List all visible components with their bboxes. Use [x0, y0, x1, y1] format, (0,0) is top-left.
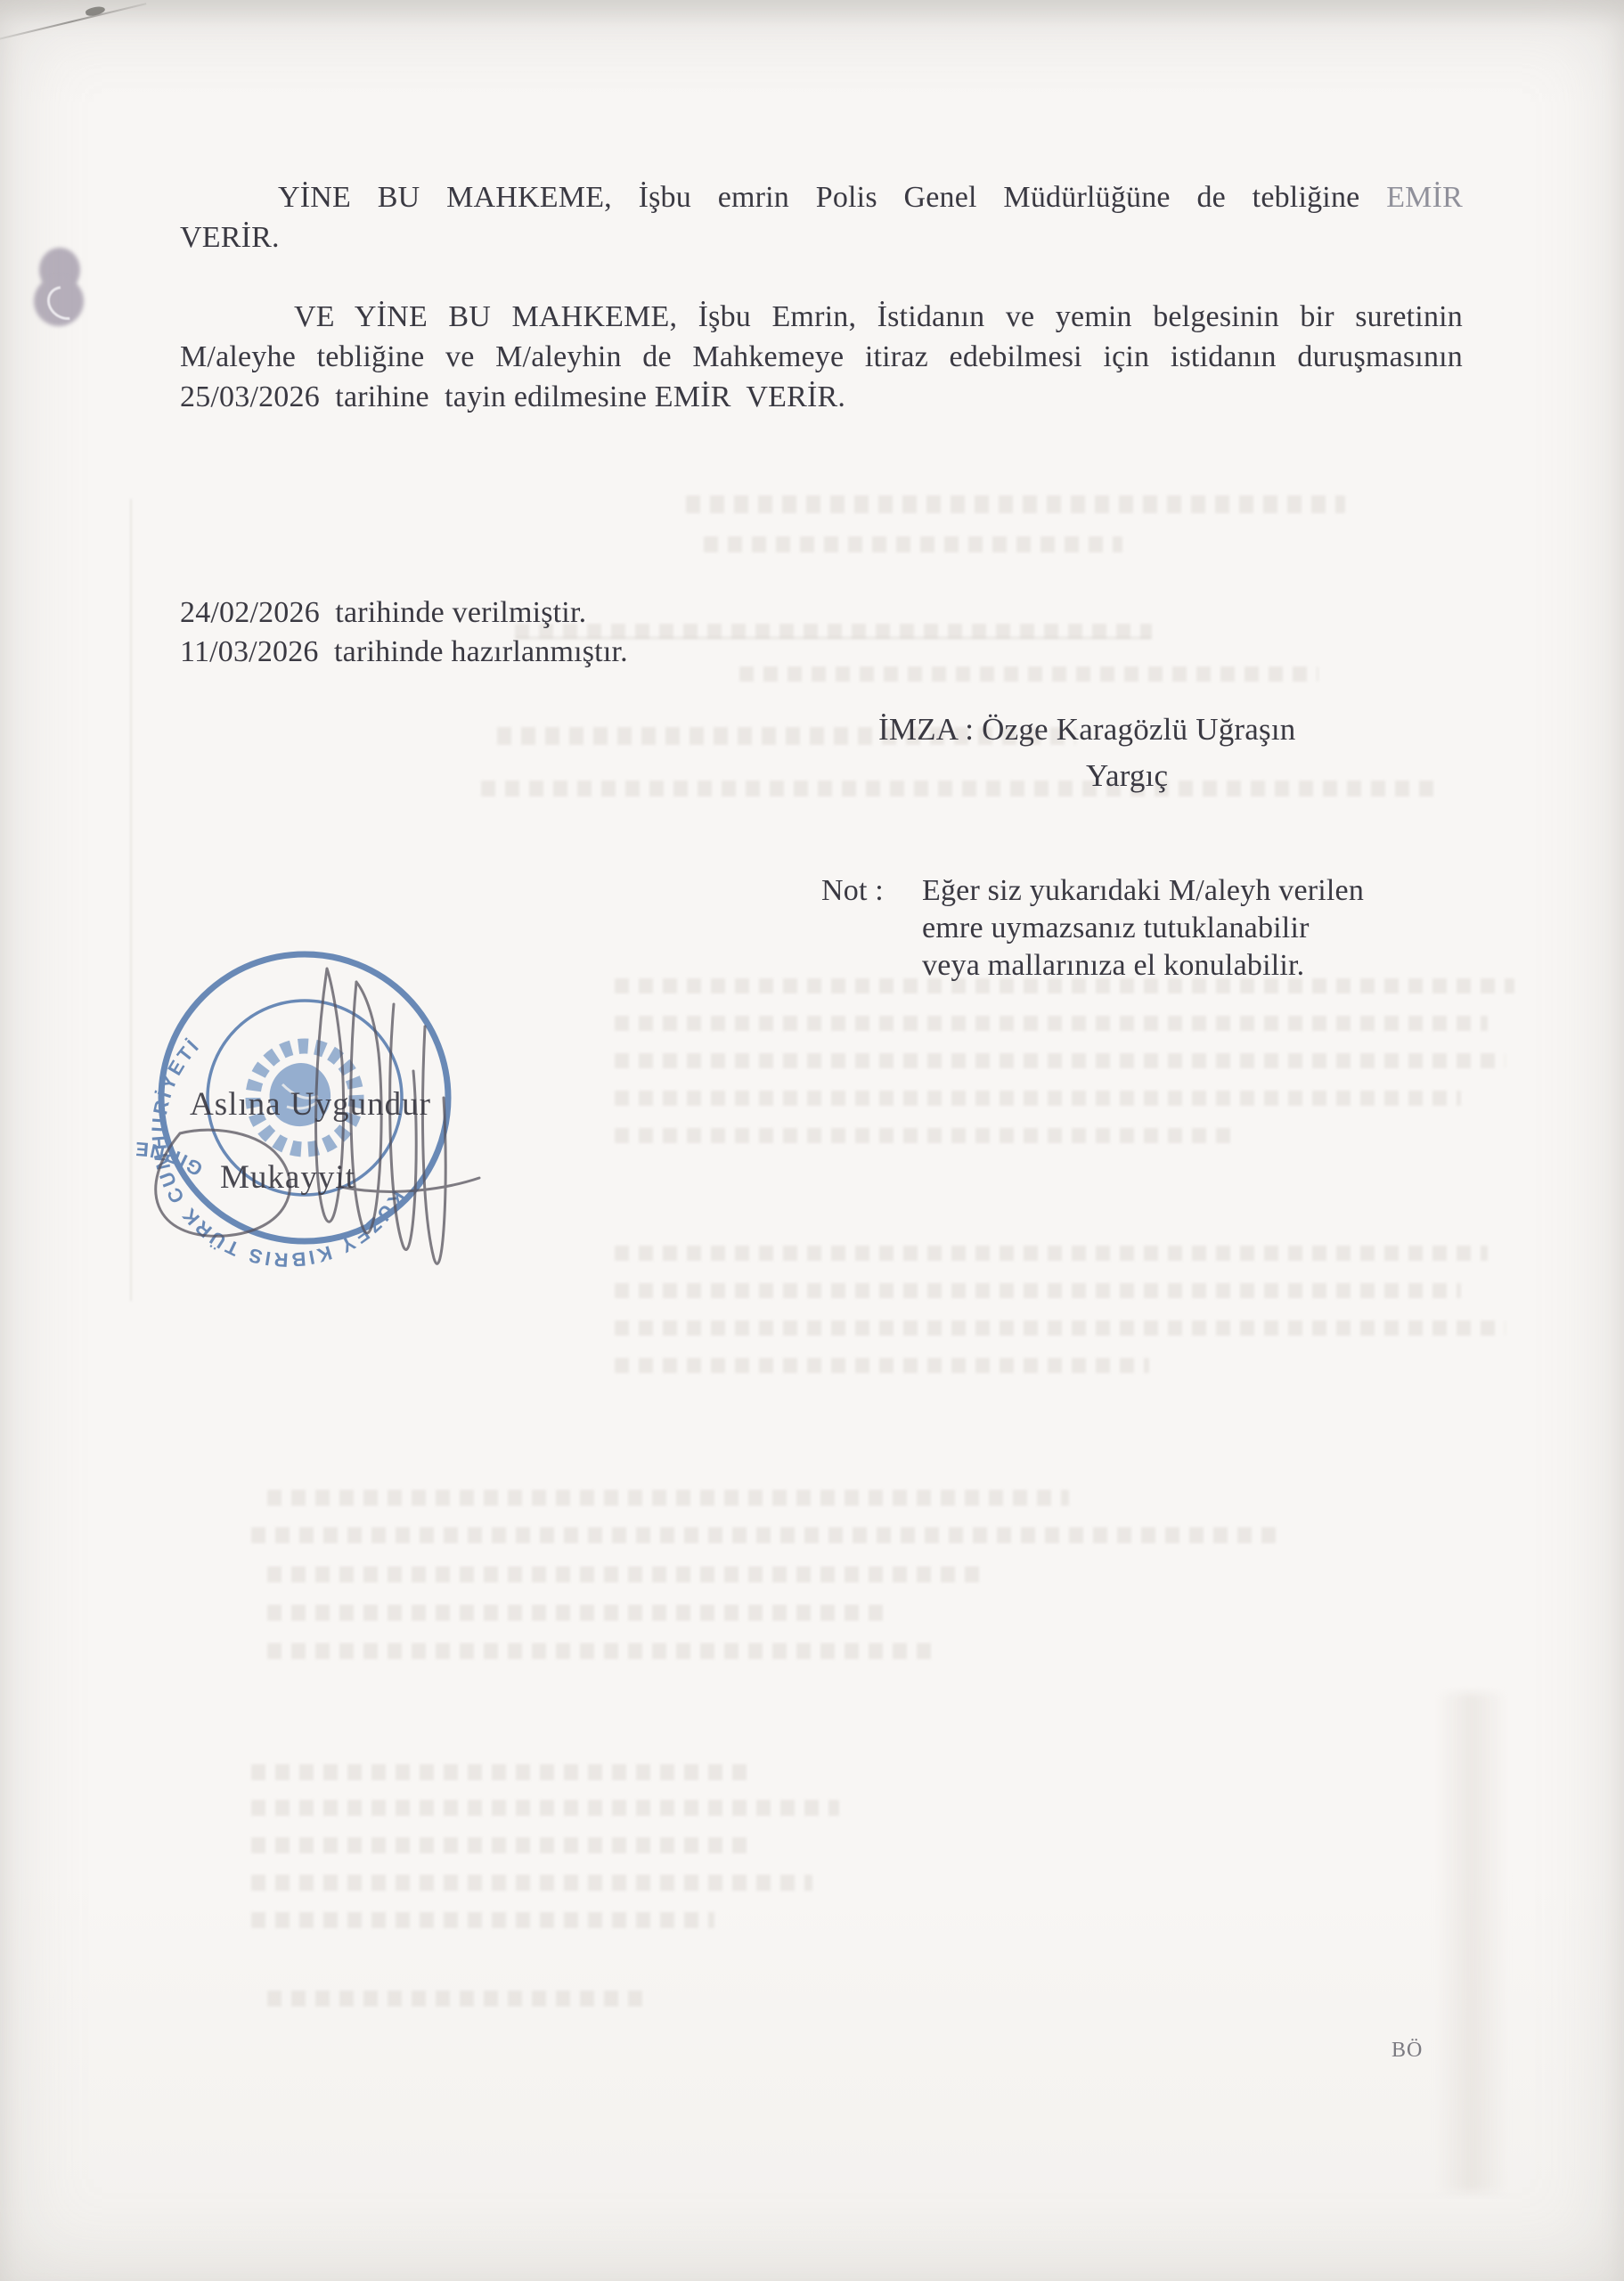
bleedthrough-line — [615, 1016, 1488, 1031]
registrar-title: Mukayyit — [220, 1158, 355, 1197]
note-line-3: veya mallarınıza el konulabilir. — [922, 948, 1304, 985]
order-paragraph-2-line-2: M/aleyhe tebliğine ve M/aleyhin de Mahke… — [180, 339, 1463, 376]
order-paragraph-1-text: YİNE BU MAHKEME, İşbu emrin Polis Genel … — [278, 181, 1359, 214]
bleedthrough-line — [267, 1490, 1069, 1506]
footer-initials: BÖ — [1391, 2039, 1423, 2063]
top-crease — [0, 3, 146, 41]
scan-streak — [1436, 1693, 1507, 2192]
bleedthrough-line — [615, 1053, 1506, 1068]
prepared-date-line: 11/03/2026 tarihinde hazırlanmıştır. — [180, 634, 628, 671]
bleedthrough-line — [615, 1091, 1461, 1106]
note-line-2: emre uymazsanız tutuklanabilir — [922, 911, 1310, 947]
bleedthrough-line — [481, 781, 1443, 797]
bleedthrough-line — [615, 1320, 1506, 1336]
bleedthrough-line — [251, 1837, 750, 1853]
bleedthrough-line — [704, 536, 1122, 552]
bleedthrough-line — [615, 1246, 1488, 1261]
order-paragraph-1-line-1: YİNE BU MAHKEME, İşbu emrin Polis Genel … — [278, 180, 1463, 217]
document-scan: YİNE BU MAHKEME, İşbu emrin Polis Genel … — [0, 0, 1624, 2281]
judge-title: Yargıç — [1086, 757, 1168, 795]
order-paragraph-1-line-2: VERİR. — [180, 220, 280, 257]
bleedthrough-line — [615, 1128, 1238, 1143]
bleedthrough-line — [615, 1358, 1149, 1373]
bleedthrough-line — [686, 495, 1345, 513]
bleedthrough-line — [267, 1605, 891, 1621]
bleedthrough-line — [267, 1566, 980, 1582]
bleedthrough-line — [739, 666, 1318, 682]
bleedthrough-line — [251, 1912, 714, 1928]
judge-signature-line: İMZA : Özge Karagözlü Uğraşın — [878, 711, 1295, 748]
note-line-1: Eğer siz yukarıdaki M/aleyh verilen — [922, 873, 1364, 910]
bleedthrough-line — [267, 1991, 650, 2007]
bleedthrough-line — [251, 1875, 812, 1891]
issued-date-line: 24/02/2026 tarihinde verilmiştir. — [180, 595, 586, 632]
bleedthrough-line — [251, 1527, 1276, 1543]
order-paragraph-2-line-1: VE YİNE BU MAHKEME, İşbu Emrin, İstidanı… — [294, 299, 1463, 336]
bleedthrough-line — [267, 1643, 935, 1659]
order-paragraph-2-line-3: 25/03/2026 tarihine tayin edilmesine EMİ… — [180, 380, 845, 416]
note-label: Not : — [821, 873, 884, 910]
bleedthrough-line — [251, 1800, 839, 1816]
order-paragraph-1-emphasis: EMİR — [1386, 181, 1463, 214]
certification-text: Aslına Uygundur — [190, 1085, 431, 1124]
bleedthrough-line — [615, 1283, 1461, 1298]
bleedthrough-line — [251, 1764, 750, 1780]
